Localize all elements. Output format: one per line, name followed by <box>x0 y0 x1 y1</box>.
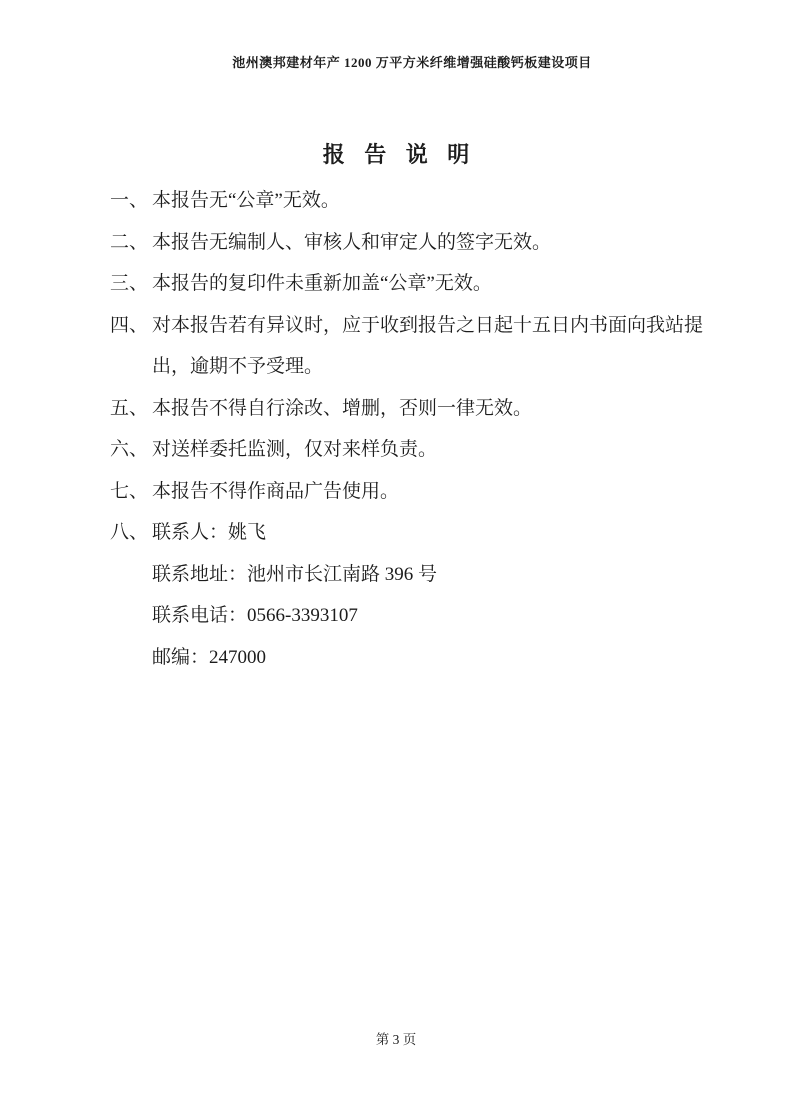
item-text: 本报告的复印件未重新加盖“公章”无效。 <box>152 263 704 305</box>
page-number: 第 3 页 <box>0 1030 792 1050</box>
list-item: 三、 本报告的复印件未重新加盖“公章”无效。 <box>110 263 704 305</box>
item-number: 二、 <box>110 222 152 264</box>
list-item: 八、 联系人：姚飞 <box>110 512 704 554</box>
notes-list: 一、 本报告无“公章”无效。 二、 本报告无编制人、审核人和审定人的签字无效。 … <box>110 180 704 678</box>
list-item: 二、 本报告无编制人、审核人和审定人的签字无效。 <box>110 222 704 264</box>
item-text: 本报告无编制人、审核人和审定人的签字无效。 <box>152 222 704 264</box>
item-number: 三、 <box>110 263 152 305</box>
item-text: 本报告无“公章”无效。 <box>152 180 704 222</box>
item-number: 七、 <box>110 471 152 513</box>
list-item: 六、 对送样委托监测，仅对来样负责。 <box>110 429 704 471</box>
item-text: 对送样委托监测，仅对来样负责。 <box>152 429 704 471</box>
item-number: 一、 <box>110 180 152 222</box>
item-text: 本报告不得自行涂改、增删，否则一律无效。 <box>152 388 704 430</box>
item-number: 四、 <box>110 305 152 347</box>
item-text: 联系人：姚飞 <box>152 512 704 554</box>
item-number: 六、 <box>110 429 152 471</box>
list-item: 一、 本报告无“公章”无效。 <box>110 180 704 222</box>
list-item: 五、 本报告不得自行涂改、增删，否则一律无效。 <box>110 388 704 430</box>
contact-postcode: 邮编：247000 <box>152 637 704 679</box>
item-number: 五、 <box>110 388 152 430</box>
item-number: 八、 <box>110 512 152 554</box>
document-header: 池州澳邦建材年产 1200 万平方米纤维增强硅酸钙板建设项目 <box>0 53 792 72</box>
list-item: 四、 对本报告若有异议时，应于收到报告之日起十五日内书面向我站提出，逾期不予受理… <box>110 305 704 388</box>
item-text: 本报告不得作商品广告使用。 <box>152 471 704 513</box>
document-page: 池州澳邦建材年产 1200 万平方米纤维增强硅酸钙板建设项目 报 告 说 明 一… <box>0 0 792 1120</box>
contact-phone: 联系电话：0566-3393107 <box>152 595 704 637</box>
list-item: 七、 本报告不得作商品广告使用。 <box>110 471 704 513</box>
item-text: 对本报告若有异议时，应于收到报告之日起十五日内书面向我站提出，逾期不予受理。 <box>152 305 704 388</box>
page-title: 报 告 说 明 <box>0 140 792 170</box>
contact-address: 联系地址：池州市长江南路 396 号 <box>152 554 704 596</box>
